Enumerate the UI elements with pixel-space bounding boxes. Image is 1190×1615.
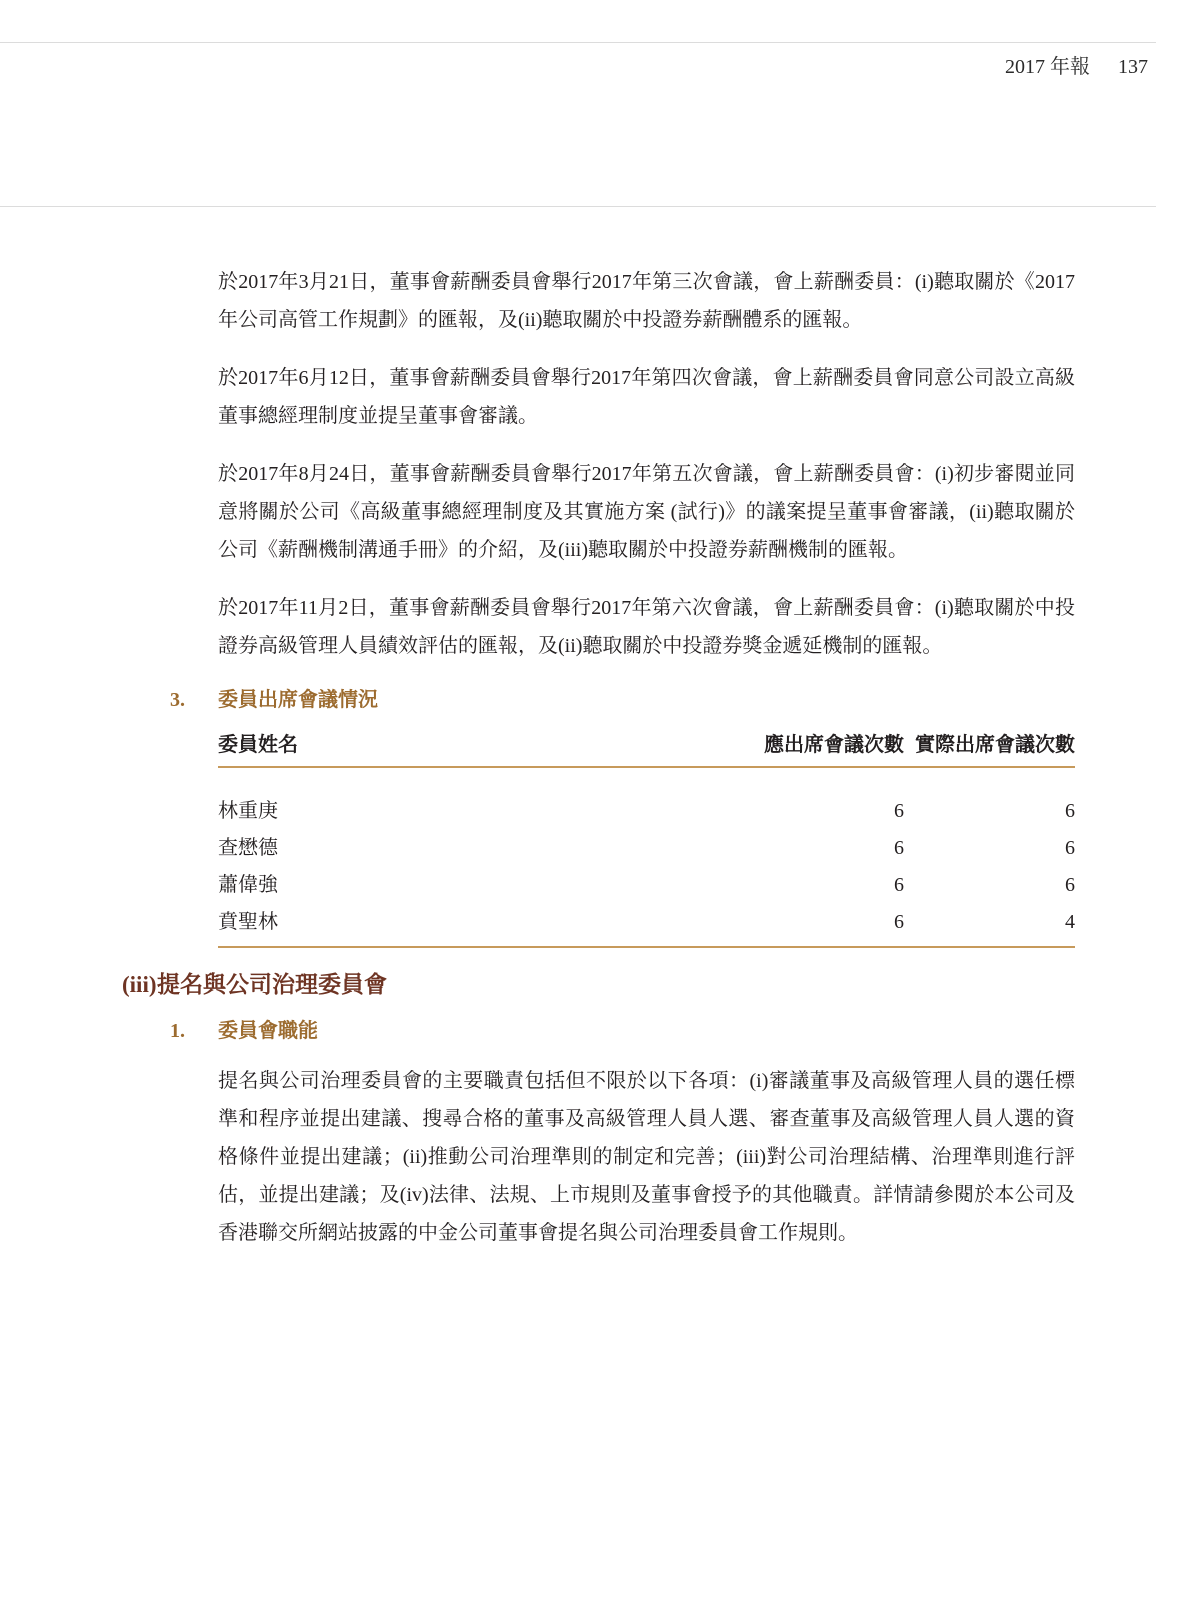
member-name: 蕭偉強 [218, 867, 718, 904]
meetings-required: 6 [718, 830, 904, 867]
page-number: 137 [1118, 56, 1148, 79]
section-attendance-heading: 3. 委員出席會議情況 [170, 685, 1075, 715]
function-paragraph: 提名與公司治理委員會的主要職責包括但不限於以下各項：(i)審議董事及高級管理人員… [218, 1062, 1075, 1252]
meeting-paragraph: 於2017年8月24日，董事會薪酬委員會舉行2017年第五次會議，會上薪酬委員會… [218, 455, 1075, 569]
report-title: 2017 年報 [1005, 56, 1090, 78]
section-number: 3. [170, 685, 218, 715]
subsection-function-heading: 1. 委員會職能 [170, 1016, 1075, 1046]
header-divider [0, 206, 1156, 207]
member-name: 查懋德 [218, 830, 718, 867]
member-name: 賁聖林 [218, 904, 718, 947]
table-row: 賁聖林 6 4 [218, 904, 1075, 947]
meeting-paragraph: 於2017年6月12日，董事會薪酬委員會舉行2017年第四次會議，會上薪酬委員會… [218, 359, 1075, 435]
section-title: 提名與公司治理委員會 [157, 968, 387, 1002]
column-header-required: 應出席會議次數 [718, 731, 904, 767]
meetings-required: 6 [718, 793, 904, 830]
section-nomination-heading: (iii) 提名與公司治理委員會 [122, 968, 1075, 1002]
report-page: 2017 年報137 於2017年3月21日，董事會薪酬委員會舉行2017年第三… [0, 0, 1190, 1615]
member-name: 林重庚 [218, 793, 718, 830]
top-divider [0, 42, 1156, 43]
table-spacer-row [218, 767, 1075, 793]
page-header: 2017 年報137 [1005, 50, 1148, 79]
attendance-table-wrap: 委員姓名 應出席會議次數 實際出席會議次數 林重庚 6 6 查懋德 6 [218, 731, 1075, 948]
table-header-row: 委員姓名 應出席會議次數 實際出席會議次數 [218, 731, 1075, 767]
section-number: (iii) [122, 968, 157, 1002]
meetings-attended: 6 [904, 830, 1075, 867]
page-content: 於2017年3月21日，董事會薪酬委員會舉行2017年第三次會議，會上薪酬委員：… [122, 263, 1075, 1272]
column-header-name: 委員姓名 [218, 731, 718, 767]
subsection-title: 委員會職能 [218, 1016, 318, 1046]
table-row: 蕭偉強 6 6 [218, 867, 1075, 904]
meeting-paragraph: 於2017年11月2日，董事會薪酬委員會舉行2017年第六次會議，會上薪酬委員會… [218, 589, 1075, 665]
attendance-table: 委員姓名 應出席會議次數 實際出席會議次數 林重庚 6 6 查懋德 6 [218, 731, 1075, 948]
section-title: 委員出席會議情況 [218, 685, 378, 715]
meetings-required: 6 [718, 904, 904, 947]
subsection-number: 1. [170, 1016, 218, 1046]
table-row: 查懋德 6 6 [218, 830, 1075, 867]
table-row: 林重庚 6 6 [218, 793, 1075, 830]
meetings-attended: 4 [904, 904, 1075, 947]
meetings-attended: 6 [904, 793, 1075, 830]
meetings-attended: 6 [904, 867, 1075, 904]
column-header-actual: 實際出席會議次數 [904, 731, 1075, 767]
meeting-paragraph: 於2017年3月21日，董事會薪酬委員會舉行2017年第三次會議，會上薪酬委員：… [218, 263, 1075, 339]
meetings-required: 6 [718, 867, 904, 904]
